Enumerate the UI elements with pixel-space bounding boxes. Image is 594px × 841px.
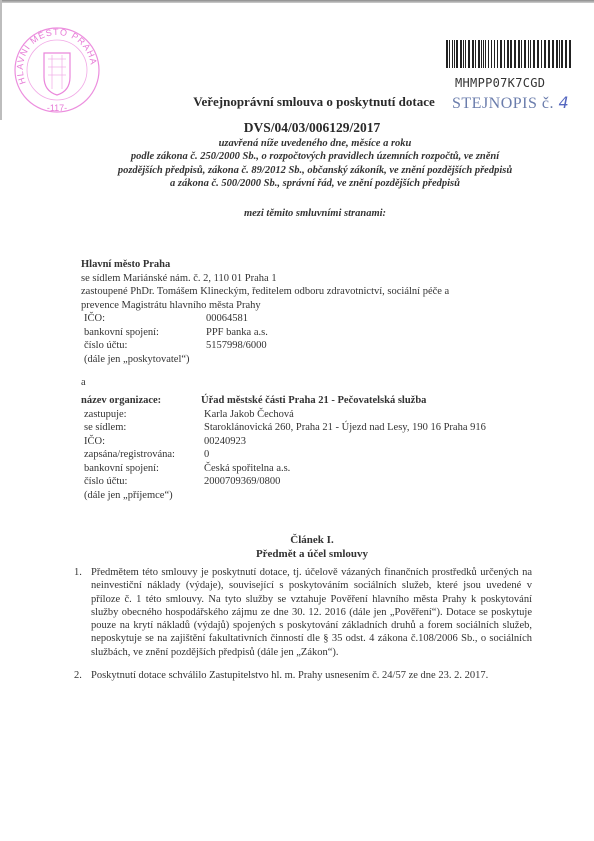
field-label: bankovní spojení: <box>81 326 206 340</box>
barcode-code: MHMPP07K7CGD <box>455 76 545 90</box>
item-number: 2. <box>74 669 91 682</box>
provider-field-bank: bankovní spojení: PPF banka a.s. <box>81 326 551 340</box>
field-value: 00064581 <box>206 312 248 326</box>
field-label: IČO: <box>81 435 204 449</box>
provider-field-account: číslo účtu: 5157998/6000 <box>81 339 551 353</box>
recipient-field-account: číslo účtu: 2000709369/0800 <box>81 475 551 489</box>
field-label: se sídlem: <box>81 421 204 435</box>
article-title: Předmět a účel smlouvy <box>30 548 594 562</box>
between-parties: mezi těmito smluvními stranami: <box>80 208 550 219</box>
preamble-line: uzavřená níže uvedeného dne, měsíce a ro… <box>80 137 550 150</box>
field-value: 0 <box>204 448 209 462</box>
recipient-field-bank: bankovní spojení: Česká spořitelna a.s. <box>81 462 551 476</box>
provider-represented-cont: prevence Magistrátu hlavního města Prahy <box>81 299 551 313</box>
field-value: Staroklánovická 260, Praha 21 - Újezd na… <box>204 421 486 435</box>
item-number: 1. <box>74 566 91 659</box>
recipient-field-ico: IČO: 00240923 <box>81 435 551 449</box>
field-label: název organizace: <box>81 394 201 408</box>
field-value: PPF banka a.s. <box>206 326 268 340</box>
contract-number: DVS/04/03/006129/2017 <box>0 120 594 136</box>
article-item: 1. Předmětem této smlouvy je poskytnutí … <box>74 566 532 659</box>
article-number: Článek I. <box>30 534 594 548</box>
field-label: IČO: <box>81 312 206 326</box>
provider-represented: zastoupené PhDr. Tomášem Klineckým, ředi… <box>81 285 551 299</box>
provider-alias: (dále jen „poskytovatel“) <box>81 353 551 367</box>
field-value: Česká spořitelna a.s. <box>204 462 290 476</box>
recipient-alias: (dále jen „příjemce“) <box>81 489 551 503</box>
article-items: 1. Předmětem této smlouvy je poskytnutí … <box>74 566 532 692</box>
field-label: číslo účtu: <box>81 475 204 489</box>
recipient-field-representative: zastupuje: Karla Jakob Čechová <box>81 408 551 422</box>
field-value: Karla Jakob Čechová <box>204 408 294 422</box>
provider-block: Hlavní město Praha se sídlem Mariánské n… <box>81 258 551 366</box>
field-value: 2000709369/0800 <box>204 475 280 489</box>
conjunction: a <box>81 377 86 388</box>
item-text: Předmětem této smlouvy je poskytnutí dot… <box>91 566 532 659</box>
provider-address: se sídlem Mariánské nám. č. 2, 110 01 Pr… <box>81 272 551 286</box>
field-label: zapsána/registrována: <box>81 448 204 462</box>
recipient-field-name: název organizace: Úřad městské části Pra… <box>81 394 551 408</box>
preamble-line: podle zákona č. 250/2000 Sb., o rozpočto… <box>80 150 550 163</box>
document-title: Veřejnoprávní smlouva o poskytnutí dotac… <box>0 94 594 110</box>
field-value: Úřad městské části Praha 21 - Pečovatels… <box>201 394 426 408</box>
field-label: bankovní spojení: <box>81 462 204 476</box>
recipient-field-registration: zapsána/registrována: 0 <box>81 448 551 462</box>
recipient-field-address: se sídlem: Staroklánovická 260, Praha 21… <box>81 421 551 435</box>
preamble: uzavřená níže uvedeného dne, měsíce a ro… <box>80 137 550 190</box>
provider-name: Hlavní město Praha <box>81 258 551 272</box>
barcode <box>446 40 574 68</box>
field-value: 5157998/6000 <box>206 339 267 353</box>
field-label: číslo účtu: <box>81 339 206 353</box>
field-value: 00240923 <box>204 435 246 449</box>
field-label: zastupuje: <box>81 408 204 422</box>
article-item: 2. Poskytnutí dotace schválilo Zastupite… <box>74 669 532 682</box>
preamble-line: pozdějších předpisů, zákona č. 89/2012 S… <box>80 164 550 177</box>
provider-field-ico: IČO: 00064581 <box>81 312 551 326</box>
item-text: Poskytnutí dotace schválilo Zastupitelst… <box>91 669 532 682</box>
scan-edge <box>0 0 594 3</box>
article-heading: Článek I. Předmět a účel smlouvy <box>0 534 594 561</box>
recipient-block: název organizace: Úřad městské části Pra… <box>81 394 551 502</box>
preamble-line: a zákona č. 500/2000 Sb., správní řád, v… <box>80 177 550 190</box>
